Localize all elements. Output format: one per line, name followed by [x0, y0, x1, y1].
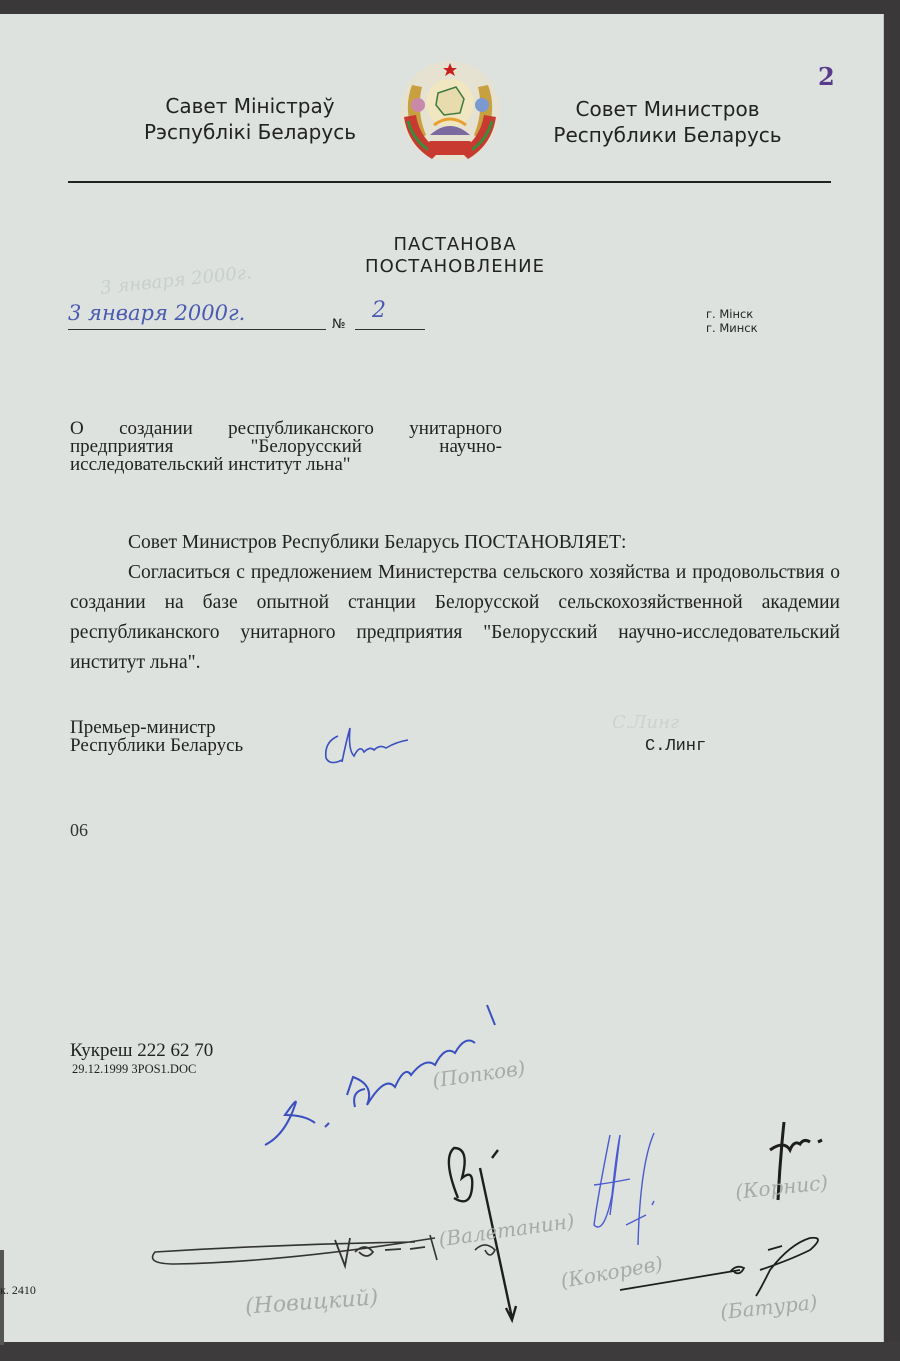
- header-russian: Совет Министров Республики Беларусь: [535, 96, 800, 148]
- approval-signature-novitsky: [145, 1230, 465, 1280]
- document-subject: О создании республиканского унитарного п…: [70, 420, 502, 474]
- prime-minister-signature: [320, 722, 415, 772]
- number-underline: [355, 329, 425, 330]
- city: г. Мінск г. Минск: [706, 307, 758, 335]
- document-body: Совет Министров Республики Беларусь ПОСТ…: [70, 528, 840, 678]
- registry-code: 06: [70, 820, 88, 841]
- header-left-line2: Рэспублікі Беларусь: [130, 119, 370, 145]
- state-emblem-icon: [398, 55, 502, 163]
- document-type-title: ПАСТАНОВА ПОСТАНОВЛЕНИЕ: [300, 234, 610, 278]
- signatory-title-line2: Республики Беларусь: [70, 737, 243, 755]
- signatory-title: Премьер-министр Республики Беларусь: [70, 719, 243, 755]
- city-russian: г. Минск: [706, 321, 758, 335]
- number-label: №: [332, 317, 346, 332]
- title-russian: ПОСТАНОВЛЕНИЕ: [300, 256, 610, 278]
- edge-archive-number: к. 2410: [0, 1283, 36, 1298]
- body-paragraph-1: Совет Министров Республики Беларусь ПОСТ…: [70, 528, 840, 558]
- header-left-line1: Савет Міністраў: [130, 93, 370, 119]
- approval-signature-batura: [620, 1230, 830, 1300]
- header-divider: [68, 181, 831, 183]
- body-paragraph-2: Согласиться с предложением Министерства …: [70, 558, 840, 678]
- title-belarusian: ПАСТАНОВА: [300, 234, 610, 256]
- header-right-line1: Совет Министров: [535, 96, 800, 122]
- handwritten-number: 2: [372, 298, 386, 323]
- header-right-line2: Республики Беларусь: [535, 122, 800, 148]
- date-underline: [68, 329, 326, 330]
- handwritten-date: 3 января 2000г.: [68, 301, 326, 325]
- page-number: 2: [818, 62, 835, 91]
- signatory-name: С.Линг: [645, 737, 706, 756]
- city-belarusian: г. Мінск: [706, 307, 758, 321]
- signature-ghost-imprint: С.Линг: [612, 712, 679, 733]
- header-belarusian: Савет Міністраў Рэспублікі Беларусь: [130, 93, 370, 145]
- file-info: 29.12.1999 3POS1.DOC: [72, 1062, 196, 1077]
- executor-contact: Кукреш 222 62 70: [70, 1040, 213, 1062]
- scan-background: [0, 1342, 900, 1361]
